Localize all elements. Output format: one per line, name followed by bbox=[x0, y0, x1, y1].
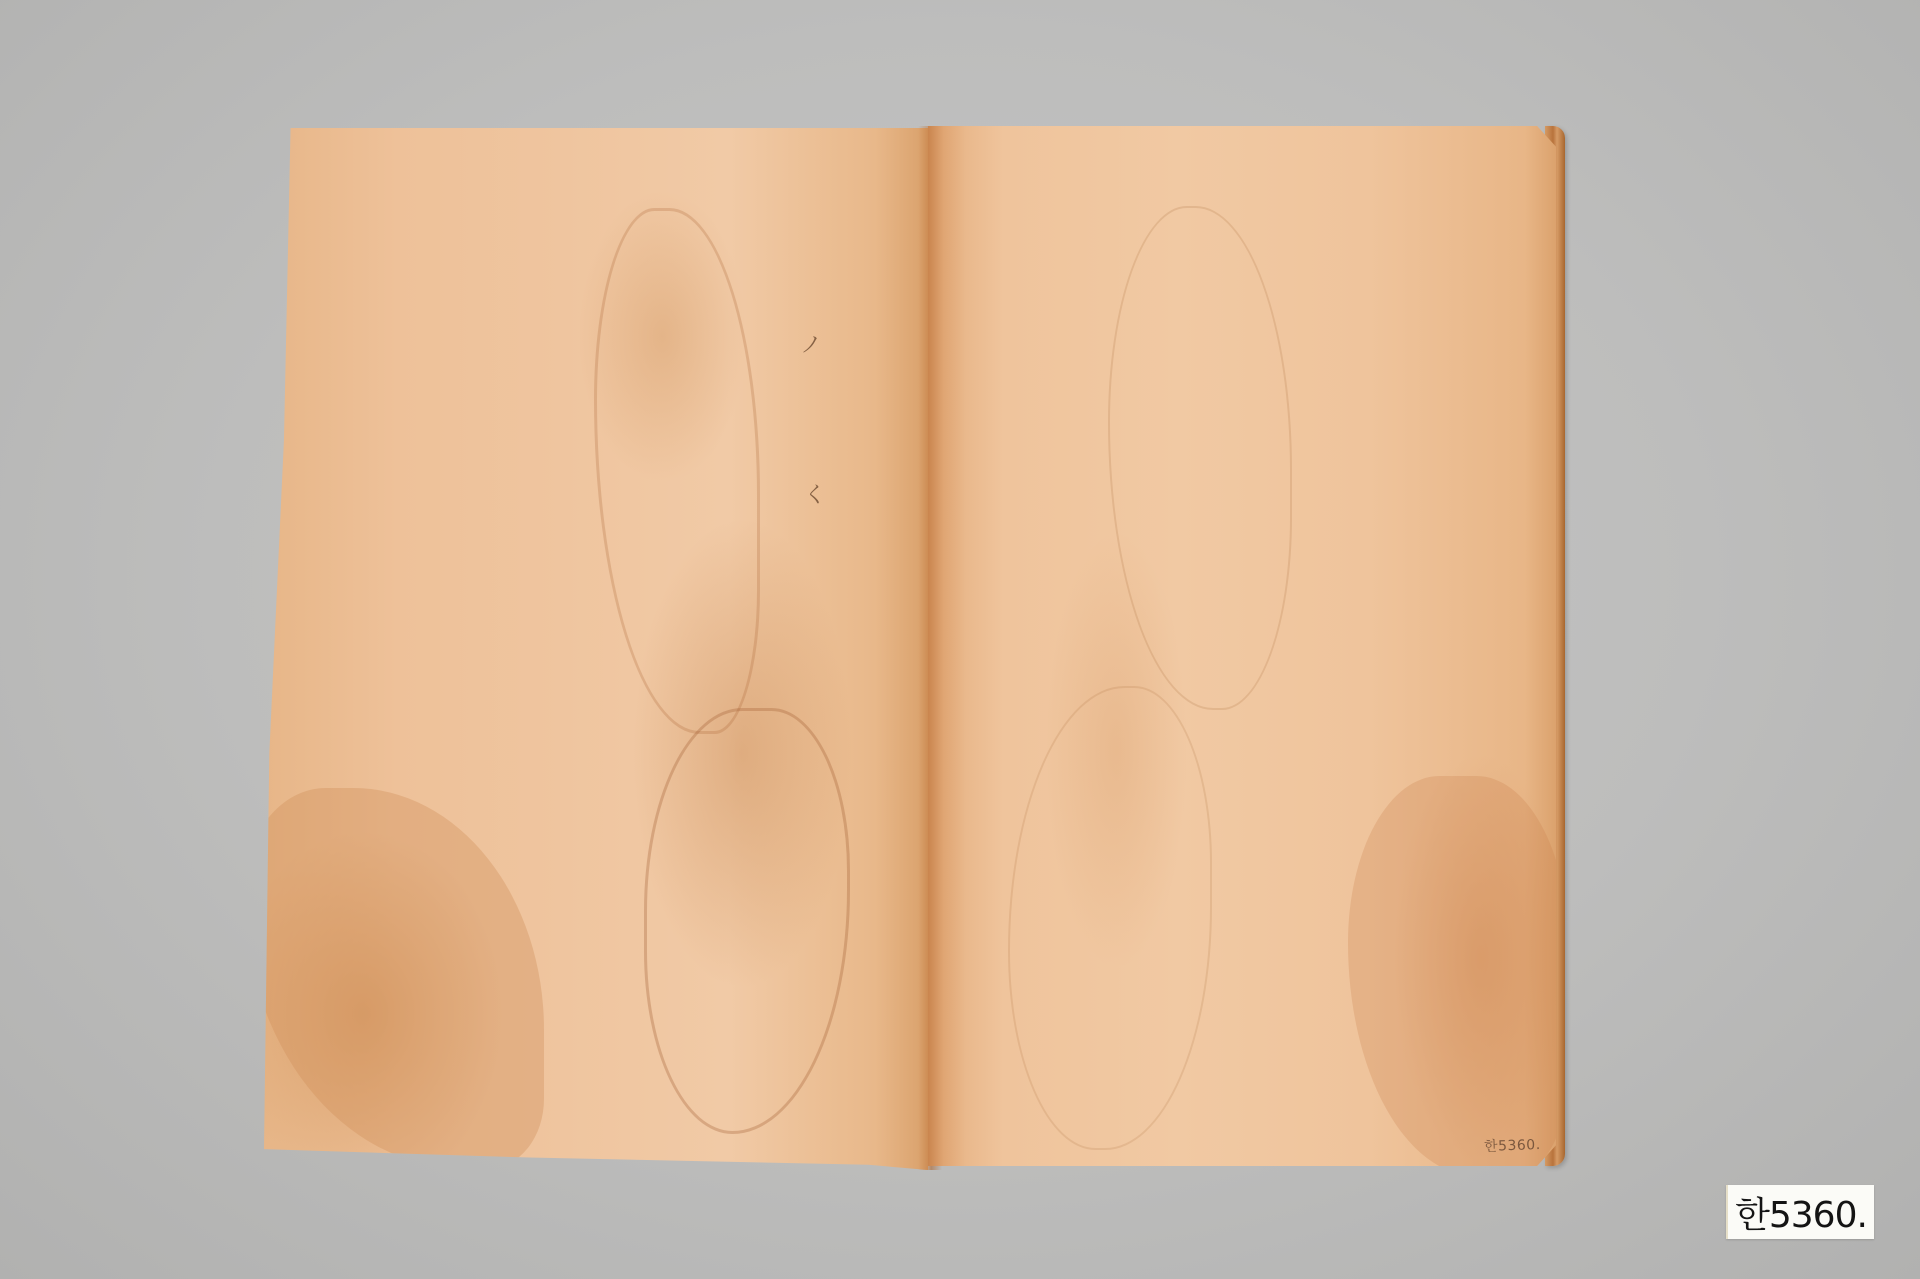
catalog-label: 한5360. bbox=[1726, 1185, 1874, 1239]
catalog-number-text: 한5360. bbox=[1735, 1187, 1867, 1238]
water-stain bbox=[594, 208, 760, 734]
water-stain bbox=[1348, 776, 1556, 1166]
ink-bleed-mark: ノ bbox=[800, 328, 822, 359]
photo-scene: ノ く 한5360. 한5360. bbox=[0, 0, 1920, 1279]
ink-bleed-mark: く bbox=[804, 478, 826, 509]
water-stain bbox=[264, 788, 544, 1168]
water-stain bbox=[1108, 206, 1292, 710]
water-stain bbox=[1008, 686, 1212, 1150]
right-page bbox=[928, 126, 1556, 1166]
left-page: ノ く bbox=[264, 128, 928, 1170]
water-stain bbox=[644, 708, 850, 1134]
handwritten-catalog-number: 한5360. bbox=[1484, 1134, 1541, 1156]
